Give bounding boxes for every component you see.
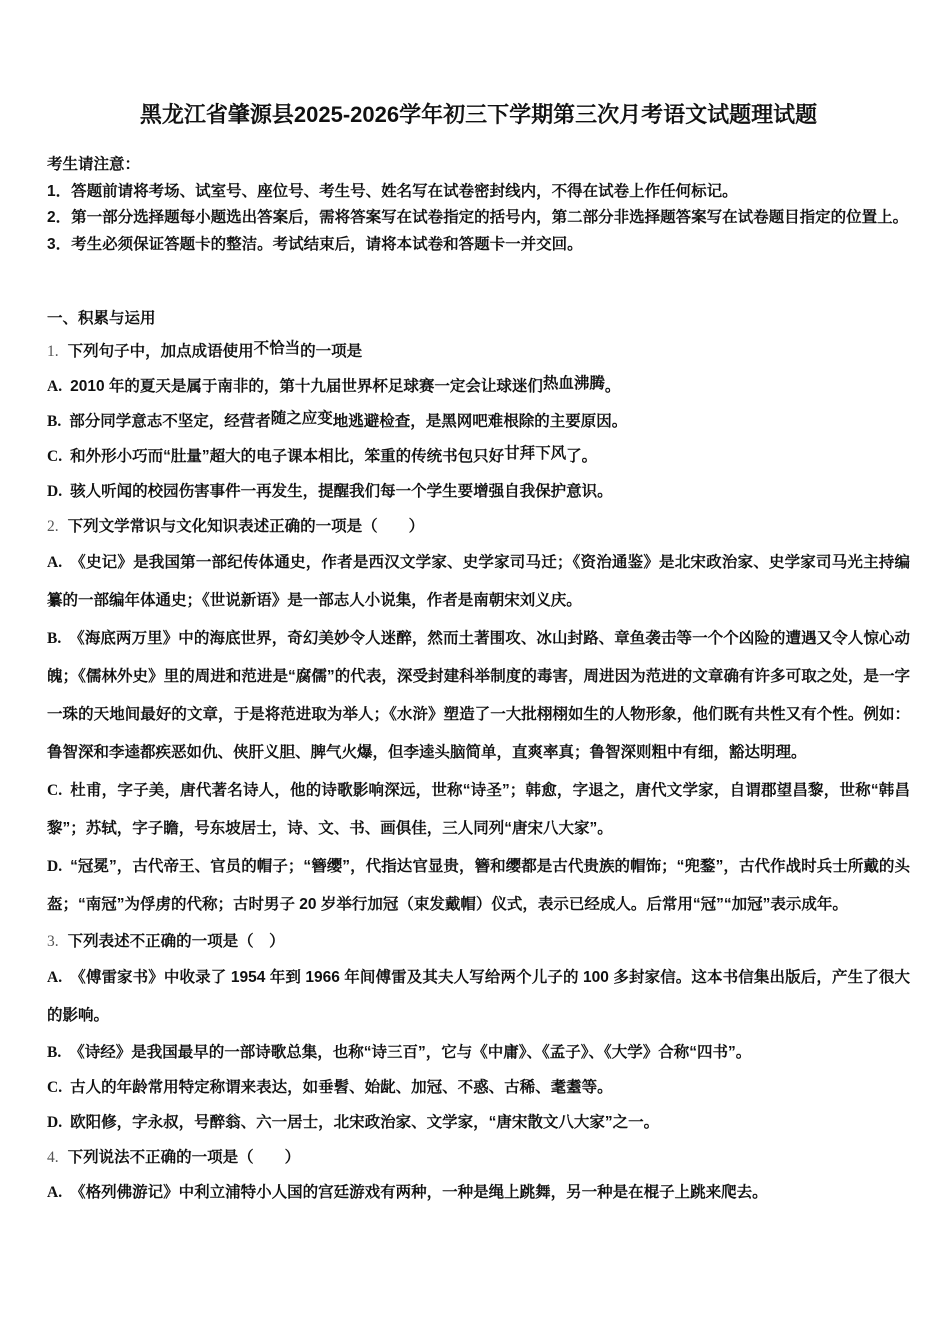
option-text: 地逃避检查，是黑网吧难根除的主要原因。 bbox=[333, 413, 628, 430]
option-row: B.部分同学意志不坚定，经营者随之应变地逃避检查，是黑网吧难根除的主要原因。 bbox=[47, 404, 910, 439]
option-text: 。 bbox=[605, 378, 621, 395]
question-block-1: 1.下列句子中，加点成语使用不恰当的一项是 A.2010 年的夏天是属于南非的，… bbox=[47, 334, 910, 509]
stem-text: 下列表述不正确的一项是（ ） bbox=[68, 933, 285, 950]
option-label: A. bbox=[47, 1184, 62, 1201]
stem-text: 下列说法不正确的一项是（ ） bbox=[68, 1149, 301, 1166]
notice-heading: 考生请注意： bbox=[47, 152, 910, 179]
option-text: 了。 bbox=[566, 448, 597, 465]
option-row: A.《格列佛游记》中利立浦特小人国的宫廷游戏有两种，一种是绳上跳舞，另一种是在棍… bbox=[47, 1175, 910, 1210]
question-stem: 1.下列句子中，加点成语使用不恰当的一项是 bbox=[47, 334, 910, 369]
emphasized-idiom: 甘拜下风 bbox=[504, 445, 566, 462]
emphasized-idiom: 热血沸腾 bbox=[543, 375, 605, 392]
question-stem: 2.下列文学常识与文化知识表述正确的一项是（ ） bbox=[47, 509, 910, 544]
question-block-2: 2.下列文学常识与文化知识表述正确的一项是（ ） A.《史记》是我国第一部纪传体… bbox=[47, 509, 910, 924]
option-label: A. bbox=[47, 554, 62, 571]
option-text: 《诗经》是我国最早的一部诗歌总集，也称“诗三百”，它与《中庸》、《孟子》、《大学… bbox=[69, 1044, 751, 1061]
option-text: 欧阳修，字永叔，号醉翁、六一居士，北宋政治家、文学家，“唐宋散文八大家”之一。 bbox=[70, 1114, 659, 1131]
option-label: A. bbox=[47, 378, 62, 395]
page-title: 黑龙江省肇源县2025-2026学年初三下学期第三次月考语文试题理试题 bbox=[47, 100, 910, 130]
option-label: C. bbox=[47, 448, 62, 465]
exam-paper-page: 黑龙江省肇源县2025-2026学年初三下学期第三次月考语文试题理试题 考生请注… bbox=[0, 0, 950, 1344]
stem-text: 下列文学常识与文化知识表述正确的一项是（ ） bbox=[68, 518, 425, 535]
option-row: C.杜甫，字子美，唐代著名诗人，他的诗歌影响深远，世称“诗圣”；韩愈，字退之，唐… bbox=[47, 772, 910, 848]
option-row: D.骇人听闻的校园伤害事件一再发生，提醒我们每一个学生要增强自我保护意识。 bbox=[47, 474, 910, 509]
option-row: B.《诗经》是我国最早的一部诗歌总集，也称“诗三百”，它与《中庸》、《孟子》、《… bbox=[47, 1035, 910, 1070]
question-number: 4. bbox=[47, 1149, 59, 1166]
option-row: A.《傅雷家书》中收录了 1954 年到 1966 年间傅雷及其夫人写给两个儿子… bbox=[47, 959, 910, 1035]
option-label: B. bbox=[47, 413, 61, 430]
option-text: 古人的年龄常用特定称谓来表达，如垂髫、始龀、加冠、不惑、古稀、耄耋等。 bbox=[70, 1079, 613, 1096]
question-block-3: 3.下列表述不正确的一项是（ ） A.《傅雷家书》中收录了 1954 年到 19… bbox=[47, 924, 910, 1140]
emphasized-text: 不恰当 bbox=[254, 340, 301, 357]
option-row: D.“冠冕”，古代帝王、官员的帽子；“簪缨”，代指达官显贵，簪和缨都是古代贵族的… bbox=[47, 848, 910, 924]
option-text: 《海底两万里》中的海底世界，奇幻美妙令人迷醉，然而土著围攻、冰山封路、章鱼袭击等… bbox=[47, 630, 910, 761]
option-label: A. bbox=[47, 969, 62, 986]
stem-text: 下列句子中，加点成语使用 bbox=[68, 343, 254, 360]
question-stem: 4.下列说法不正确的一项是（ ） bbox=[47, 1140, 910, 1175]
notice-item: 2．第一部分选择题每小题选出答案后，需将答案写在试卷指定的括号内，第二部分非选择… bbox=[47, 205, 910, 232]
option-row: B.《海底两万里》中的海底世界，奇幻美妙令人迷醉，然而土著围攻、冰山封路、章鱼袭… bbox=[47, 620, 910, 772]
question-number: 2. bbox=[47, 518, 59, 535]
option-text: “冠冕”，古代帝王、官员的帽子；“簪缨”，代指达官显贵，簪和缨都是古代贵族的帽饰… bbox=[47, 858, 910, 913]
question-number: 1. bbox=[47, 343, 59, 360]
option-text: 杜甫，字子美，唐代著名诗人，他的诗歌影响深远，世称“诗圣”；韩愈，字退之，唐代文… bbox=[47, 782, 910, 837]
option-row: C.和外形小巧而“肚量”超大的电子课本相比，笨重的传统书包只好甘拜下风了。 bbox=[47, 439, 910, 474]
option-text: 《傅雷家书》中收录了 1954 年到 1966 年间傅雷及其夫人写给两个儿子的 … bbox=[47, 969, 910, 1024]
option-label: D. bbox=[47, 858, 62, 875]
candidate-notice: 考生请注意： 1．答题前请将考场、试室号、座位号、考生号、姓名写在试卷密封线内，… bbox=[47, 152, 910, 258]
question-block-4: 4.下列说法不正确的一项是（ ） A.《格列佛游记》中利立浦特小人国的宫廷游戏有… bbox=[47, 1140, 910, 1210]
notice-item: 1．答题前请将考场、试室号、座位号、考生号、姓名写在试卷密封线内，不得在试卷上作… bbox=[47, 179, 910, 206]
option-label: D. bbox=[47, 483, 62, 500]
option-row: A.2010 年的夏天是属于南非的，第十九届世界杯足球赛一定会让球迷们热血沸腾。 bbox=[47, 369, 910, 404]
option-row: C.古人的年龄常用特定称谓来表达，如垂髫、始龀、加冠、不惑、古稀、耄耋等。 bbox=[47, 1070, 910, 1105]
section-heading: 一、积累与运用 bbox=[47, 304, 910, 334]
notice-item: 3．考生必须保证答题卡的整洁。考试结束后，请将本试卷和答题卡一并交回。 bbox=[47, 232, 910, 259]
option-text: 和外形小巧而“肚量”超大的电子课本相比，笨重的传统书包只好 bbox=[70, 448, 504, 465]
option-label: B. bbox=[47, 1044, 61, 1061]
question-stem: 3.下列表述不正确的一项是（ ） bbox=[47, 924, 910, 959]
option-label: B. bbox=[47, 630, 61, 647]
option-label: C. bbox=[47, 782, 62, 799]
option-label: D. bbox=[47, 1114, 62, 1131]
option-row: D.欧阳修，字永叔，号醉翁、六一居士，北宋政治家、文学家，“唐宋散文八大家”之一… bbox=[47, 1105, 910, 1140]
option-text: 部分同学意志不坚定，经营者 bbox=[69, 413, 271, 430]
emphasized-idiom: 随之应变 bbox=[271, 410, 333, 427]
stem-text: 的一项是 bbox=[300, 343, 362, 360]
option-label: C. bbox=[47, 1079, 62, 1096]
question-number: 3. bbox=[47, 933, 59, 950]
option-text: 《格列佛游记》中利立浦特小人国的宫廷游戏有两种，一种是绳上跳舞，另一种是在棍子上… bbox=[70, 1184, 768, 1201]
option-text: 2010 年的夏天是属于南非的，第十九届世界杯足球赛一定会让球迷们 bbox=[70, 378, 543, 395]
option-text: 骇人听闻的校园伤害事件一再发生，提醒我们每一个学生要增强自我保护意识。 bbox=[70, 483, 613, 500]
option-text: 《史记》是我国第一部纪传体通史，作者是西汉文学家、史学家司马迁；《资治通鉴》是北… bbox=[47, 554, 910, 609]
option-row: A.《史记》是我国第一部纪传体通史，作者是西汉文学家、史学家司马迁；《资治通鉴》… bbox=[47, 544, 910, 620]
